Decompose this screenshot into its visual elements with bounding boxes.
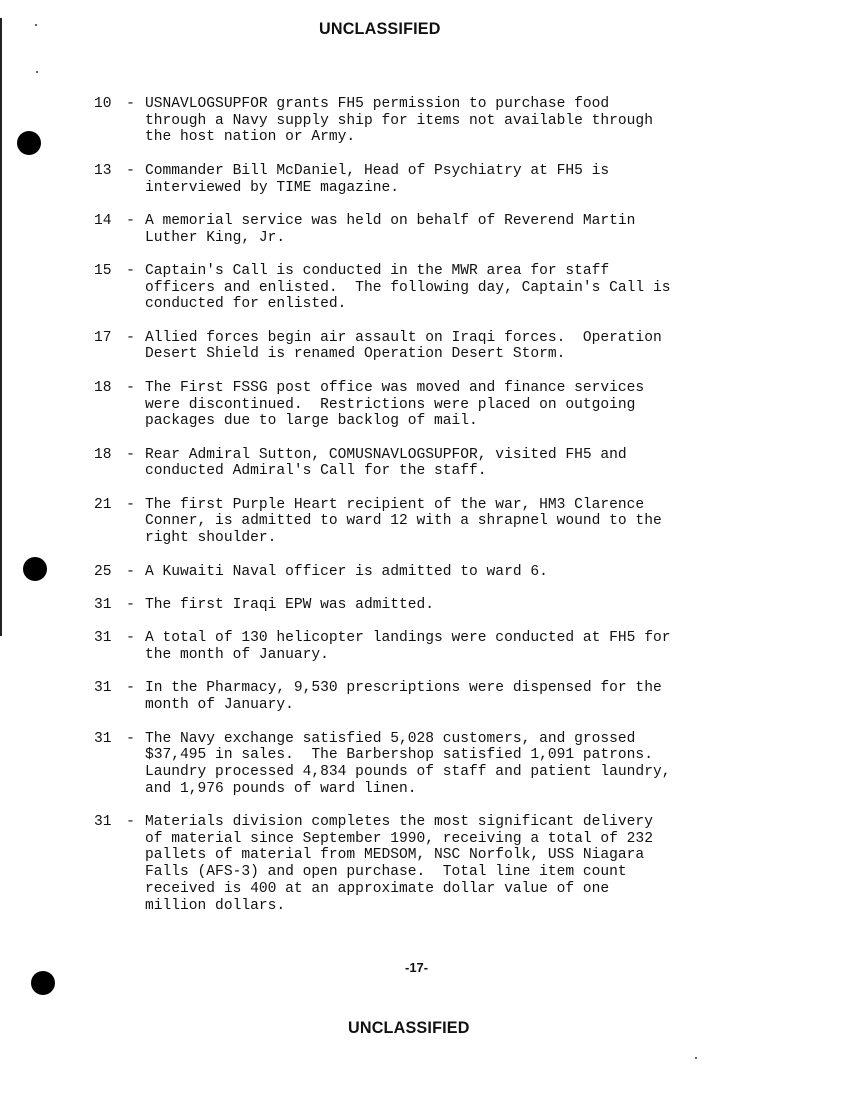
entry-day: 31 xyxy=(94,814,116,914)
entry-day: 31 xyxy=(94,597,116,614)
scan-left-edge xyxy=(0,18,2,636)
chronology-entry: 31 - The Navy exchange satisfied 5,028 c… xyxy=(94,731,774,798)
chronology-entry: 31 - In the Pharmacy, 9,530 prescription… xyxy=(94,680,774,713)
entry-separator: - xyxy=(116,564,145,581)
entry-separator: - xyxy=(116,330,145,363)
scan-speck xyxy=(36,71,38,73)
entry-day: 14 xyxy=(94,213,116,246)
entry-day: 15 xyxy=(94,263,116,313)
scan-speck xyxy=(35,24,37,26)
entry-text: Rear Admiral Sutton, COMUSNAVLOGSUPFOR, … xyxy=(145,447,774,480)
chronology-entry: 15 - Captain's Call is conducted in the … xyxy=(94,263,774,313)
chronology-entry: 25 - A Kuwaiti Naval officer is admitted… xyxy=(94,564,774,581)
chronology-entry: 31 - Materials division completes the mo… xyxy=(94,814,774,914)
punch-hole-icon xyxy=(31,971,55,995)
chronology-entry: 10 - USNAVLOGSUPFOR grants FH5 permissio… xyxy=(94,96,774,146)
entry-separator: - xyxy=(116,597,145,614)
chronology-entry: 21 - The first Purple Heart recipient of… xyxy=(94,497,774,547)
entry-day: 13 xyxy=(94,163,116,196)
entry-day: 21 xyxy=(94,497,116,547)
chronology-entry: 13 - Commander Bill McDaniel, Head of Ps… xyxy=(94,163,774,196)
entry-day: 25 xyxy=(94,564,116,581)
entry-text: Commander Bill McDaniel, Head of Psychia… xyxy=(145,163,774,196)
chronology-entry: 31 - The first Iraqi EPW was admitted. xyxy=(94,597,774,614)
punch-hole-icon xyxy=(17,131,41,155)
entry-text: The first Purple Heart recipient of the … xyxy=(145,497,774,547)
entry-day: 31 xyxy=(94,731,116,798)
entry-text: The Navy exchange satisfied 5,028 custom… xyxy=(145,731,774,798)
entry-text: A Kuwaiti Naval officer is admitted to w… xyxy=(145,564,774,581)
entry-separator: - xyxy=(116,814,145,914)
chronology-entry: 18 - Rear Admiral Sutton, COMUSNAVLOGSUP… xyxy=(94,447,774,480)
entry-separator: - xyxy=(116,497,145,547)
entry-day: 18 xyxy=(94,380,116,430)
entry-text: A memorial service was held on behalf of… xyxy=(145,213,774,246)
entry-text: The first Iraqi EPW was admitted. xyxy=(145,597,774,614)
chronology-entry: 31 - A total of 130 helicopter landings … xyxy=(94,630,774,663)
entry-text: In the Pharmacy, 9,530 prescriptions wer… xyxy=(145,680,774,713)
entry-text: A total of 130 helicopter landings were … xyxy=(145,630,774,663)
entry-day: 31 xyxy=(94,630,116,663)
entry-day: 17 xyxy=(94,330,116,363)
page-number: -17- xyxy=(405,960,428,975)
entry-separator: - xyxy=(116,263,145,313)
chronology-entry: 14 - A memorial service was held on beha… xyxy=(94,213,774,246)
entry-separator: - xyxy=(116,447,145,480)
punch-hole-icon xyxy=(23,557,47,581)
entry-text: The First FSSG post office was moved and… xyxy=(145,380,774,430)
chronology-list: 10 - USNAVLOGSUPFOR grants FH5 permissio… xyxy=(94,96,774,931)
entry-separator: - xyxy=(116,630,145,663)
entry-text: Captain's Call is conducted in the MWR a… xyxy=(145,263,774,313)
entry-separator: - xyxy=(116,731,145,798)
entry-day: 31 xyxy=(94,680,116,713)
entry-day: 18 xyxy=(94,447,116,480)
entry-separator: - xyxy=(116,380,145,430)
entry-day: 10 xyxy=(94,96,116,146)
chronology-entry: 17 - Allied forces begin air assault on … xyxy=(94,330,774,363)
entry-text: Materials division completes the most si… xyxy=(145,814,774,914)
header-classification-marking: UNCLASSIFIED xyxy=(319,19,441,39)
entry-separator: - xyxy=(116,163,145,196)
entry-text: USNAVLOGSUPFOR grants FH5 permission to … xyxy=(145,96,774,146)
footer-classification-marking: UNCLASSIFIED xyxy=(348,1018,470,1038)
chronology-entry: 18 - The First FSSG post office was move… xyxy=(94,380,774,430)
entry-separator: - xyxy=(116,680,145,713)
scan-speck xyxy=(695,1057,697,1059)
entry-text: Allied forces begin air assault on Iraqi… xyxy=(145,330,774,363)
entry-separator: - xyxy=(116,213,145,246)
entry-separator: - xyxy=(116,96,145,146)
document-page: UNCLASSIFIED 10 - USNAVLOGSUPFOR grants … xyxy=(0,0,850,1103)
